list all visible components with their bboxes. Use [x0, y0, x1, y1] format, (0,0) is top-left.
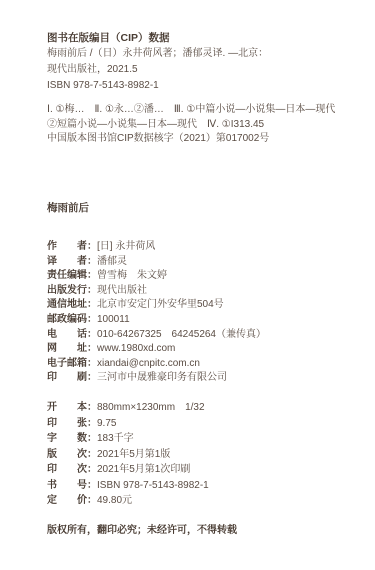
info-value: 北京市安定门外安华里504号	[97, 299, 224, 310]
info-label: 字 数	[47, 433, 87, 444]
label-colon: ：	[87, 241, 97, 252]
label-colon: ：	[87, 299, 97, 310]
label-colon: ：	[87, 314, 97, 325]
info-row-translator: 译 者：潘郁灵	[47, 255, 365, 270]
info-label: 印 次	[47, 464, 87, 475]
info-label: 版 次	[47, 449, 87, 460]
label-colon: ：	[87, 256, 97, 267]
info-row-website: 网 址：www.1980xd.com	[47, 342, 365, 357]
info-value: 49.80元	[97, 495, 132, 506]
cip-record-line: ISBN 978-7-5143-8982-1	[47, 78, 359, 94]
info-label: 书 号	[47, 480, 87, 491]
info-label: 作 者	[47, 241, 87, 252]
info-value: 880mm×1230mm 1/32	[97, 402, 205, 413]
info-label: 电子邮箱	[47, 358, 87, 369]
copyright-page: 图书在版编目（CIP）数据 梅雨前后 /（日）永井荷风著；潘郁灵译. —北京： …	[0, 0, 375, 570]
label-colon: ：	[87, 433, 97, 444]
info-value: 潘郁灵	[97, 256, 127, 267]
label-colon: ：	[87, 449, 97, 460]
info-row-format: 开 本：880mm×1230mm 1/32	[47, 400, 365, 416]
cip-record-line: 梅雨前后 /（日）永井荷风著；潘郁灵译. —北京：	[47, 46, 359, 62]
cip-data-block: 图书在版编目（CIP）数据 梅雨前后 /（日）永井荷风著；潘郁灵译. —北京： …	[47, 30, 359, 147]
info-row-wordcount: 字 数：183千字	[47, 431, 365, 447]
label-colon: ：	[87, 343, 97, 354]
info-value: 2021年5月第1次印刷	[97, 464, 190, 475]
info-label: 邮政编码	[47, 314, 87, 325]
info-value: 183千字	[97, 433, 134, 444]
cip-heading: 图书在版编目（CIP）数据	[47, 30, 359, 46]
info-row-postcode: 邮政编码：100011	[47, 313, 365, 328]
label-colon: ：	[87, 464, 97, 475]
cip-classification-line: ②短篇小说—小说集—日本—现代 Ⅳ. ①I313.45	[47, 118, 359, 133]
info-label: 网 址	[47, 343, 87, 354]
cip-record-line: 现代出版社，2021.5	[47, 62, 359, 78]
info-value: [日] 永井荷风	[97, 241, 155, 252]
info-label: 印 张	[47, 418, 87, 429]
info-row-impression: 印 次：2021年5月第1次印刷	[47, 462, 365, 478]
info-row-sheets: 印 张：9.75	[47, 416, 365, 432]
info-label: 出版发行	[47, 285, 87, 296]
publication-info-block: 作 者：[日] 永井荷风 译 者：潘郁灵 责任编辑：曾雪梅 朱文婷 出版发行：现…	[47, 240, 365, 386]
book-title: 梅雨前后	[47, 202, 89, 214]
label-colon: ：	[87, 495, 97, 506]
info-row-publisher: 出版发行：现代出版社	[47, 284, 365, 299]
label-colon: ：	[87, 402, 97, 413]
copyright-notice: 版权所有，翻印必究；未经许可，不得转载	[47, 524, 237, 538]
info-label: 责任编辑	[47, 270, 87, 281]
info-label: 定 价	[47, 495, 87, 506]
label-colon: ：	[87, 358, 97, 369]
info-value: www.1980xd.com	[97, 343, 175, 354]
label-colon: ：	[87, 270, 97, 281]
info-label: 通信地址	[47, 299, 87, 310]
info-row-phone: 电 话：010-64267325 64245264（兼传真）	[47, 328, 365, 343]
info-row-author: 作 者：[日] 永井荷风	[47, 240, 365, 255]
info-row-printer: 印 刷：三河市中晟雅豪印务有限公司	[47, 371, 365, 386]
label-colon: ：	[87, 418, 97, 429]
label-colon: ：	[87, 285, 97, 296]
cip-classification-block: Ⅰ. ①梅… Ⅱ. ①永…②潘… Ⅲ. ①中篇小说—小说集—日本—现代 ②短篇小…	[47, 103, 359, 147]
info-value: 2021年5月第1版	[97, 449, 170, 460]
info-value: 010-64267325 64245264（兼传真）	[97, 329, 266, 340]
info-label: 电 话	[47, 329, 87, 340]
info-label: 译 者	[47, 256, 87, 267]
info-value: xiandai@cnpitc.com.cn	[97, 358, 200, 369]
info-value: ISBN 978-7-5143-8982-1	[97, 480, 209, 491]
info-row-email: 电子邮箱：xiandai@cnpitc.com.cn	[47, 357, 365, 372]
info-value: 100011	[97, 314, 130, 325]
print-spec-block: 开 本：880mm×1230mm 1/32 印 张：9.75 字 数：183千字…	[47, 400, 365, 509]
info-label: 印 刷	[47, 372, 87, 383]
info-value: 9.75	[97, 418, 116, 429]
info-row-price: 定 价：49.80元	[47, 493, 365, 509]
cip-classification-line: 中国版本图书馆CIP数据核字（2021）第017002号	[47, 132, 359, 147]
label-colon: ：	[87, 329, 97, 340]
info-row-edition: 版 次：2021年5月第1版	[47, 447, 365, 463]
cip-classification-line: Ⅰ. ①梅… Ⅱ. ①永…②潘… Ⅲ. ①中篇小说—小说集—日本—现代	[47, 103, 359, 118]
info-row-editor: 责任编辑：曾雪梅 朱文婷	[47, 269, 365, 284]
label-colon: ：	[87, 480, 97, 491]
info-value: 曾雪梅 朱文婷	[97, 270, 167, 281]
info-value: 三河市中晟雅豪印务有限公司	[97, 372, 227, 383]
info-row-address: 通信地址：北京市安定门外安华里504号	[47, 298, 365, 313]
info-row-isbn: 书 号：ISBN 978-7-5143-8982-1	[47, 478, 365, 494]
label-colon: ：	[87, 372, 97, 383]
info-value: 现代出版社	[97, 285, 147, 296]
info-label: 开 本	[47, 402, 87, 413]
